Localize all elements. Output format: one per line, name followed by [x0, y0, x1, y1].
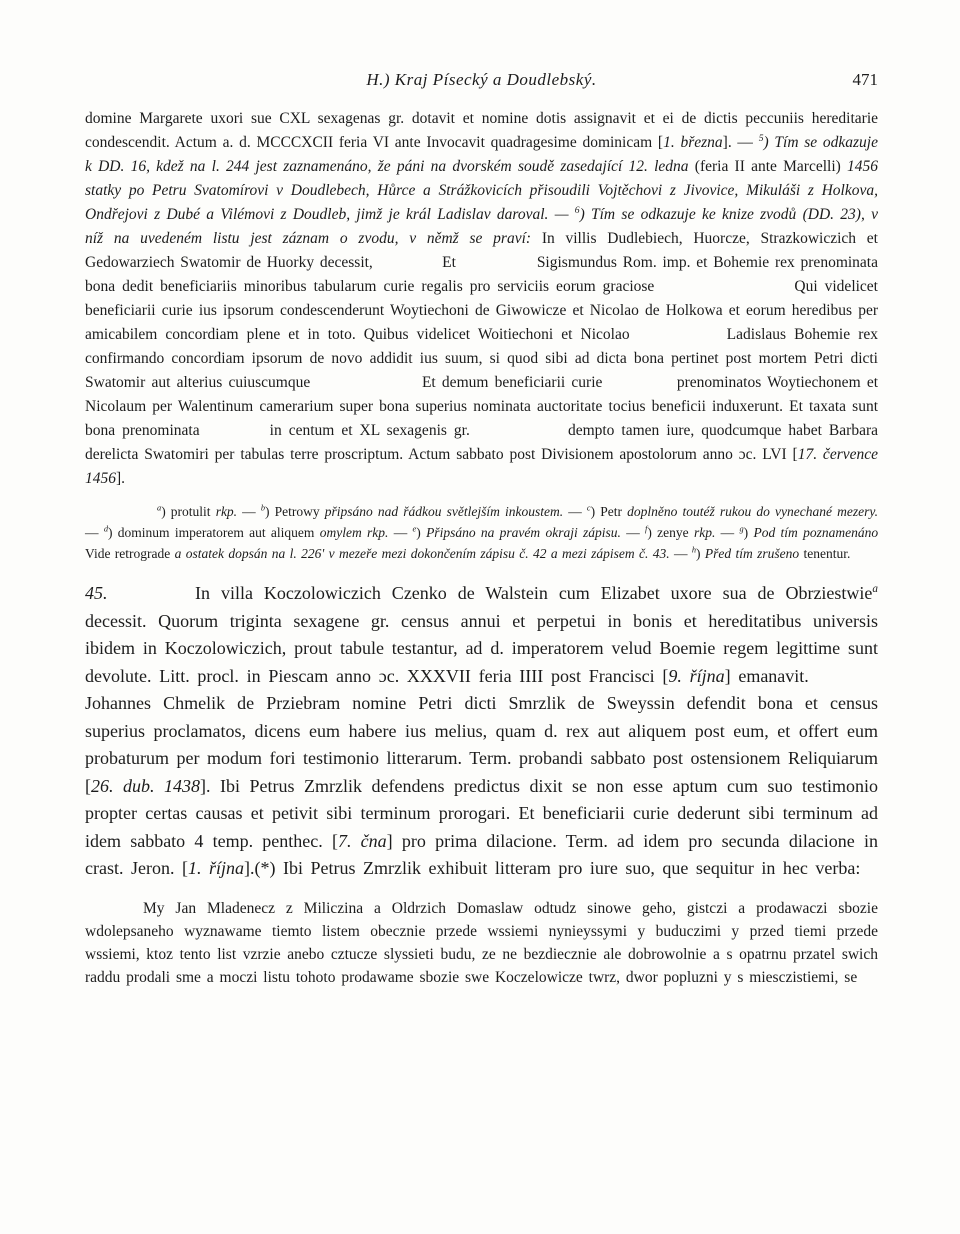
- book-page: H.) Kraj Písecký a Doudlebský. 471 domin…: [0, 0, 960, 1234]
- record-continuation-paragraph: domine Margarete uxori sue CXL sexagenas…: [85, 107, 878, 491]
- running-title: H.) Kraj Písecký a Doudlebský.: [366, 70, 596, 89]
- page-body: domine Margarete uxori sue CXL sexagenas…: [85, 107, 878, 989]
- page-number: 471: [853, 70, 879, 90]
- entry-45-paragraph: 45. In villa Koczolowiczich Czenko de Wa…: [85, 580, 878, 883]
- page-header: H.) Kraj Písecký a Doudlebský. 471: [85, 70, 878, 90]
- czech-charter-paragraph: My Jan Mladenecz z Miliczina a Oldrzich …: [85, 897, 878, 989]
- footnotes-block: a) protulit rkp. — b) Petrowy připsáno n…: [85, 501, 878, 564]
